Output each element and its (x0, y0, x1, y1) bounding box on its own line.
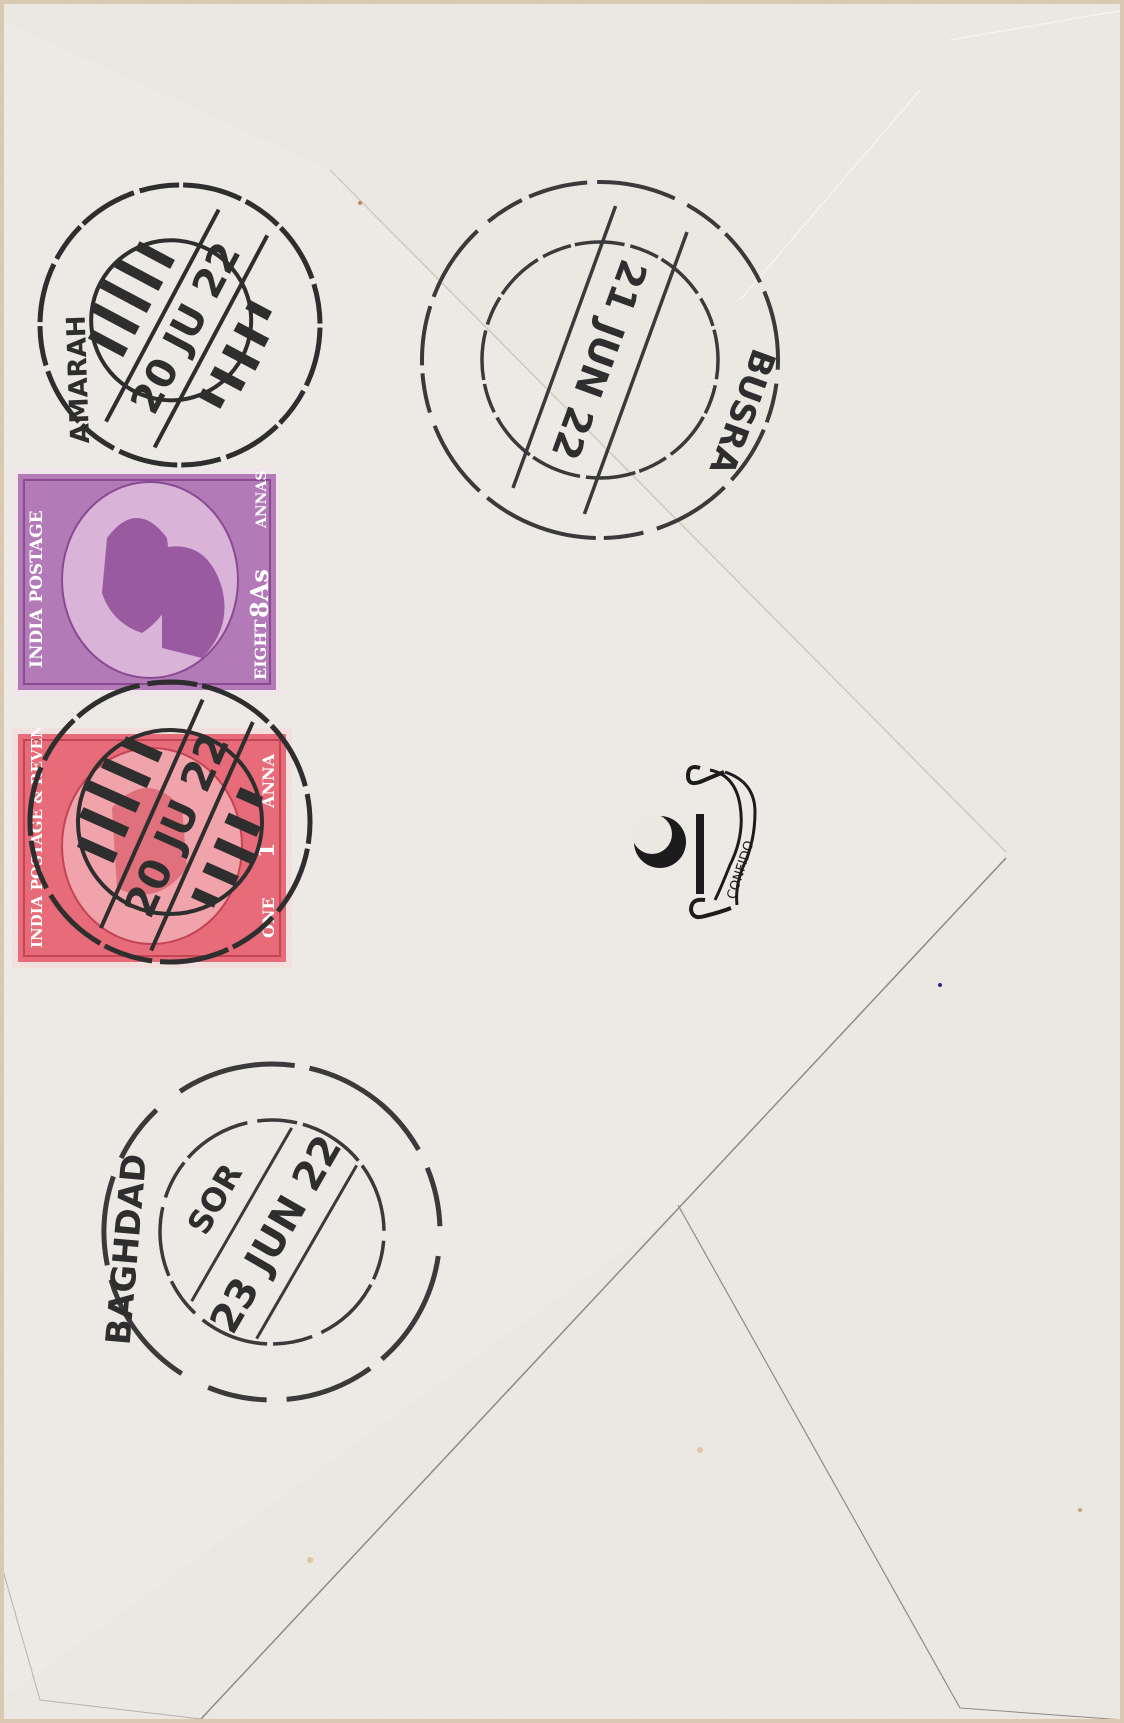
crescent-moon-icon (632, 814, 686, 868)
postmark-date: 23 JUN 22 (201, 1128, 351, 1342)
postmark-place: AMARAH (62, 315, 96, 444)
postmark-amarah: 20 JU 22 AMARAH (0, 136, 369, 531)
postmark-date: 20 JU 22 (122, 235, 250, 421)
crest-confido: CONFIDO (630, 750, 770, 930)
postmarks: 20 JU 22 AMARAH 20 JU 22 2 (0, 0, 1124, 1723)
postmark-busra: 21 JUN 22 BUSRA (372, 132, 828, 588)
postmark-place: BAGHDAD (99, 1152, 156, 1346)
postmark-extra: SOR (180, 1157, 250, 1241)
postmark-baghdad: 23 JUN 22 SOR BAGHDAD (29, 999, 502, 1475)
postmark-on-stamp: 20 JU 22 (0, 637, 355, 1007)
envelope-back: INDIA POSTAGE EIGHT ANNAS 8As INDIA POST… (0, 0, 1124, 1723)
